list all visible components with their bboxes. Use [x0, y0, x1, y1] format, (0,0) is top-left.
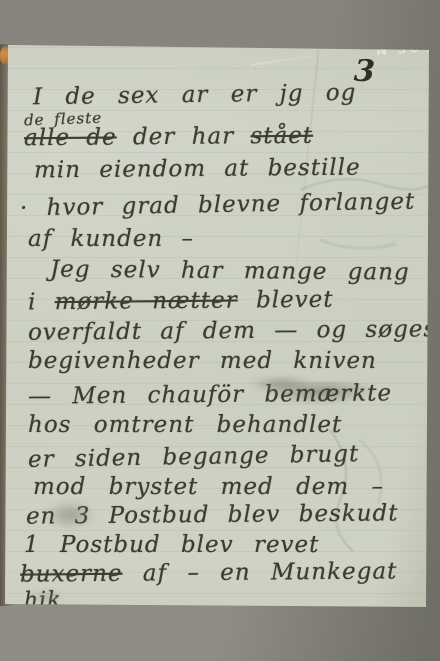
manuscript-page: N 364 3 I de sex ar er jg ogde flesteall… — [0, 0, 440, 661]
photo-background: N 364 3 I de sex ar er jg ogde flesteall… — [0, 0, 440, 661]
paper-edge-shadow — [0, 0, 440, 661]
